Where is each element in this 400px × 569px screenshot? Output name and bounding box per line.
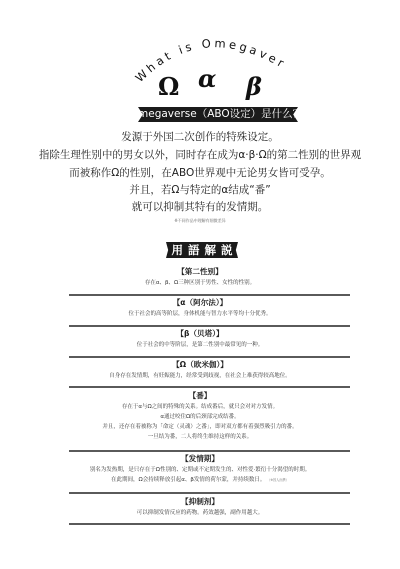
section-text-with-note: 在此期间，Ω会持续释放引起α、β发情的荷尔蒙，并持续数日。 （※因人而異）: [0, 475, 400, 485]
divider: [69, 325, 350, 327]
section-title: 【发情期】: [0, 453, 400, 465]
divider: [69, 523, 350, 525]
section-title: 【第二性别】: [0, 266, 400, 278]
intro-line-3: 而被称作Ω的性别，在ABO世界观中无论男女皆可受孕。: [0, 165, 400, 180]
glossary-section-bond: 【番】 存在于α与Ω之间的特殊的关系。结成番后，就只会对对方发情。 α通过咬住Ω…: [0, 390, 400, 442]
intro-line-2: 指除生理性别中的男女以外，同时存在成为α·β·Ω的第二性别的世界观: [0, 147, 400, 162]
glossary-section-second-gender: 【第二性别】 存在α、β、Ω三种区别于男性、女性的性别。: [0, 266, 400, 288]
beta-symbol: β: [246, 72, 262, 101]
section-title: 【Ω（欧米伽）】: [0, 359, 400, 371]
section-title: 【番】: [0, 390, 400, 402]
intro-line-5: 就可以抑制其特有的发情期。: [0, 199, 400, 214]
glossary-banner: 用語解説: [166, 242, 238, 258]
section-text: 别名为发热期，是只存在于Ω性别的、定期或不定期发生的、对性爱·繁衍十分渴望的时期…: [0, 465, 400, 475]
section-text: 并且，还存在着被称为「命定（灵魂）之番」，即对双方都有着强烈吸引力的番。: [0, 422, 400, 432]
section-text: α通过咬住Ω的后颈部完成结番。: [0, 412, 400, 422]
divider: [69, 386, 350, 388]
section-text: 存在于α与Ω之间的特殊的关系。结成番后，就只会对对方发情。: [0, 402, 400, 412]
divider: [69, 294, 350, 296]
section-text: 位于社会的中等阶层，是第二性别中最常见的一种。: [0, 340, 400, 350]
section-text: 可以抑制发情反应的药物。药效越强，副作用越大。: [0, 508, 400, 518]
section-note: （※因人而異）: [267, 478, 289, 482]
question-banner: megaverse（ABO设定）是什么？: [138, 107, 298, 122]
divider: [69, 356, 350, 358]
intro-note: ※不同作品中理解有细微差异: [0, 218, 400, 224]
glossary-section-suppressant: 【抑制剂】 可以抑制发情反应的药物。药效越强，副作用越大。: [0, 496, 400, 518]
intro-line-1: 发源于外国二次创作的特殊设定。: [0, 129, 400, 144]
glossary-section-alpha: 【α（阿尔法）】 位于社会的高等阶层，身体机能与智力水平等均十分优秀。: [0, 297, 400, 319]
section-title: 【β（贝塔）】: [0, 328, 400, 340]
section-text: 一旦结为番，二人将终生维持这样的关系。: [0, 432, 400, 442]
glossary-section-omega: 【Ω（欧米伽）】 自身存在发情期，有妊娠能力，经常受到歧视，在社会上难获得较高地…: [0, 359, 400, 381]
glossary-section-heat: 【发情期】 别名为发热期，是只存在于Ω性别的、定期或不定期发生的、对性爱·繁衍十…: [0, 453, 400, 485]
glossary-banner-text: 用語解説: [172, 243, 238, 257]
divider: [69, 450, 350, 452]
section-text: 自身存在发情期，有妊娠能力，经常受到歧视，在社会上难获得较高地位。: [0, 371, 400, 381]
section-text: 位于社会的高等阶层，身体机能与智力水平等均十分优秀。: [0, 309, 400, 319]
question-banner-text: megaverse（ABO设定）是什么？: [138, 108, 303, 120]
omega-symbol: Ω: [158, 72, 179, 101]
divider: [69, 492, 350, 494]
section-text: 在此期间，Ω会持续释放引起α、β发情的荷尔蒙，并持续数日。: [111, 477, 265, 483]
glossary-section-beta: 【β（贝塔）】 位于社会的中等阶层，是第二性别中最常见的一种。: [0, 328, 400, 350]
section-title: 【α（阿尔法）】: [0, 297, 400, 309]
intro-line-4: 并且，若Ω与特定的α结成“番”: [0, 182, 400, 197]
section-text: 存在α、β、Ω三种区别于男性、女性的性别。: [0, 278, 400, 288]
section-title: 【抑制剂】: [0, 496, 400, 508]
alpha-symbol: α: [198, 64, 216, 93]
